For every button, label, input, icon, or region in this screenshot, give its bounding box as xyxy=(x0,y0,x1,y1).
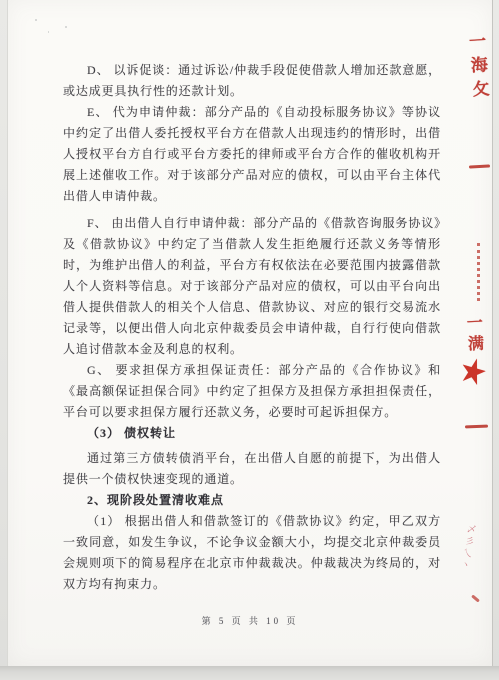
document-page: D、 以诉促谈：通过诉讼/仲裁手段促使借款人增加还款意愿，或达成更具执行性的还款… xyxy=(7,0,493,666)
document-body: D、 以诉促谈：通过诉讼/仲裁手段促使借款人增加还款意愿，或达成更具执行性的还款… xyxy=(63,60,441,595)
heading-collection-difficulties: 2、现阶段处置清收难点 xyxy=(63,490,441,511)
red-dash-mark-icon xyxy=(465,425,488,429)
red-tick-icon xyxy=(471,594,480,602)
paragraph-e: E、 代为申请仲裁：部分产品的《自动投标服务协议》等协议中约定了出借人委托授权平… xyxy=(63,102,441,207)
paragraph-g: G、 要求担保方承担保证责任：部分产品的《合作协议》和《最高额保证担保合同》中约… xyxy=(63,360,441,423)
scan-bottom-edge xyxy=(0,666,499,680)
scan-speckle xyxy=(65,26,67,28)
scan-speckle xyxy=(48,31,49,33)
paragraph-d: D、 以诉促谈：通过诉讼/仲裁手段促使借款人增加还款意愿，或达成更具执行性的还款… xyxy=(63,60,441,102)
red-star-icon: ★ xyxy=(455,352,491,393)
scan-speckle xyxy=(35,19,37,21)
red-dotted-line-icon xyxy=(477,243,480,301)
red-dash-mark-icon xyxy=(469,164,490,168)
paragraph-debt-transfer-body: 通过第三方债转债消平台，在出借人自愿的前提下，为出借人提供一个债权快速变现的通道… xyxy=(63,448,441,490)
heading-debt-transfer: （3） 债权转让 xyxy=(63,423,441,444)
scanned-document: D、 以诉促谈：通过诉讼/仲裁手段促使借款人增加还款意愿，或达成更具执行性的还款… xyxy=(0,0,499,680)
paragraph-f: F、 由出借人自行申请仲裁：部分产品的《借款咨询服务协议》及《借款协议》中约定了… xyxy=(63,213,441,360)
page-number: 第 5 页 共 10 页 xyxy=(8,614,492,627)
paragraph-arbitration-clause: （1） 根据出借人和借款签订的《借款协议》约定，甲乙双方一致同意，如发生争议，不… xyxy=(63,511,441,595)
red-scribble-marks: 乄彡乀丶 xyxy=(457,523,478,573)
red-annotation-top-marks: 一海攵 xyxy=(463,31,493,105)
